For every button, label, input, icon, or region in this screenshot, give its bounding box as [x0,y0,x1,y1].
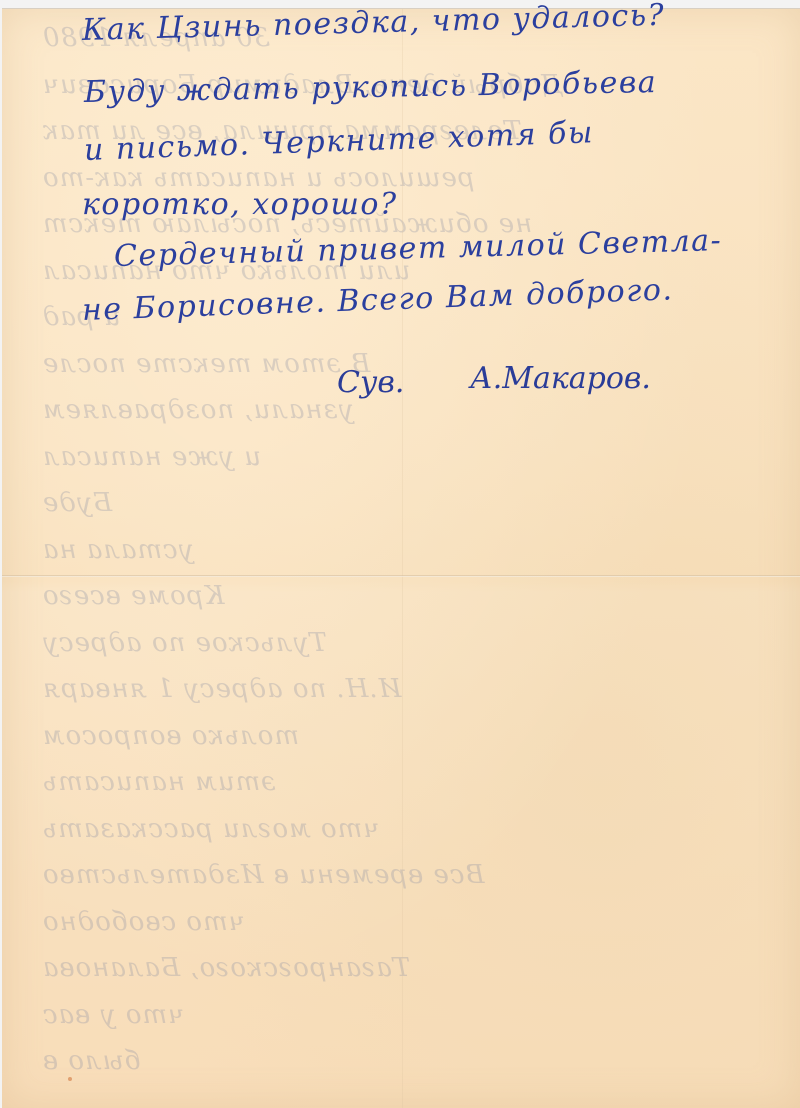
vertical-crease [402,9,403,1108]
signature-closing: Сув. [337,365,404,400]
letter-line-3: и письмо. Черкните хотя бы [83,115,594,168]
letter-line-4: коротко, хорошо? [82,187,398,222]
show-through-text: 30 апреля 1980Добрый день, Владимир Бори… [2,9,800,1108]
show-through-line: что у вас [42,1000,184,1030]
show-through-line: что свободно [42,907,245,937]
show-through-line: Все времени в Издательство [42,860,485,890]
show-through-line: Таганрогского, Баланова [42,953,410,983]
letter-line-6: не Борисовне. Всего Вам доброго. [81,272,674,328]
show-through-line: что могли рассказать [42,814,379,844]
show-through-line: этим написать [42,767,276,797]
horizontal-fold [2,575,800,577]
show-through-line: Тульское по адресу [42,628,327,658]
show-through-line: устала на [42,535,194,565]
letter-line-1: Как Цзинь поездка, что удалось? [82,0,666,48]
show-through-line: и уже написал [42,442,261,472]
show-through-line: было в [42,1046,141,1076]
show-through-line: И.Н. по адресу 1 января [42,674,401,704]
paper-stain [68,1077,72,1081]
show-through-line: Кроме всего [42,581,225,611]
show-through-line: только вопросом [42,721,299,751]
letter-line-2: Буду ждать рукопись Воробьева [84,65,658,110]
show-through-line: Буде [42,488,112,518]
signature-name: А.Макаров. [470,361,651,396]
letter-sheet: 30 апреля 1980Добрый день, Владимир Бори… [2,8,800,1108]
show-through-line: В этом тексте после [42,349,370,379]
show-through-line: узнали, поздравляем [42,395,354,425]
letter-line-5: Сердечный привет милой Светла- [114,223,723,274]
